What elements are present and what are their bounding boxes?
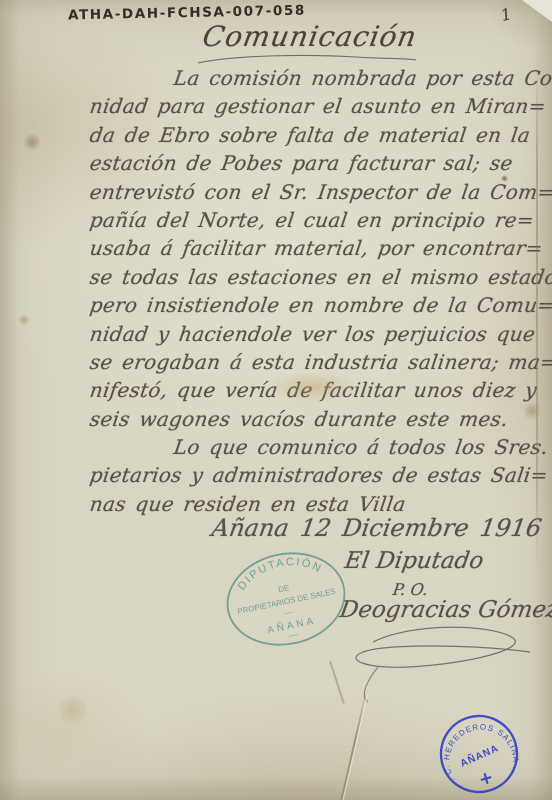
paper-crease xyxy=(536,70,538,570)
round-stamp-center-text: AÑANA xyxy=(458,741,501,770)
paper-stain xyxy=(60,690,86,730)
paper-stain xyxy=(268,372,358,402)
manuscript-line: pietarios y administradores de estas Sal… xyxy=(88,461,534,489)
dateline: Añana 12 Diciembre 1916 xyxy=(210,514,544,542)
document-page: ATHA-DAH-FCHSA-007-058 1 Comunicación La… xyxy=(0,0,552,800)
round-stamp-arc-text: A. C. HEREDEROS SALINAS xyxy=(426,701,522,786)
manuscript-line: estación de Pobes para facturar sal; se xyxy=(88,149,534,177)
manuscript-line: seis wagones vacíos durante este mes. xyxy=(88,405,534,433)
manuscript-line: nidad y haciendole ver los perjuicios qu… xyxy=(88,320,534,348)
round-stamp-herederos: A. C. HEREDEROS SALINAS AÑANA xyxy=(426,701,532,800)
round-stamp-cross-icon xyxy=(480,773,491,784)
manuscript-line: nidad para gestionar el asunto en Miran= xyxy=(88,92,534,120)
manuscript-line: entrevistó con el Sr. Inspector de la Co… xyxy=(88,178,534,206)
oval-stamp-dash-bottom: ·—· xyxy=(287,631,300,640)
manuscript-line: da de Ebro sobre falta de material en la xyxy=(88,121,534,149)
paper-stain xyxy=(24,132,40,152)
manuscript-body: La comisión nombrada por esta Comu=nidad… xyxy=(88,64,530,518)
manuscript-line: La comisión nombrada por esta Comu= xyxy=(88,64,534,92)
manuscript-line: usaba á facilitar material, por encontra… xyxy=(88,234,534,262)
oval-stamp-dash-top: ·—· xyxy=(283,609,296,618)
paper-tear xyxy=(339,693,367,800)
signature-role: El Diputado xyxy=(343,548,485,574)
document-title: Comunicación xyxy=(187,20,433,53)
manuscript-line: Lo que comunico á todos los Sres. Pro= xyxy=(88,433,534,461)
manuscript-line: se todas las estaciones en el mismo esta… xyxy=(88,263,534,291)
paper-stain xyxy=(501,175,508,182)
manuscript-line: pañía del Norte, el cual en principio re… xyxy=(88,206,534,234)
paper-corner-fold xyxy=(522,0,552,22)
paper-stain xyxy=(18,314,30,326)
svg-text:A. C. HEREDEROS SALINAS: A. C. HEREDEROS SALINAS xyxy=(426,701,522,786)
manuscript-line: pero insistiendole en nombre de la Comu= xyxy=(88,291,534,319)
oval-stamp-de: DE xyxy=(277,583,290,594)
